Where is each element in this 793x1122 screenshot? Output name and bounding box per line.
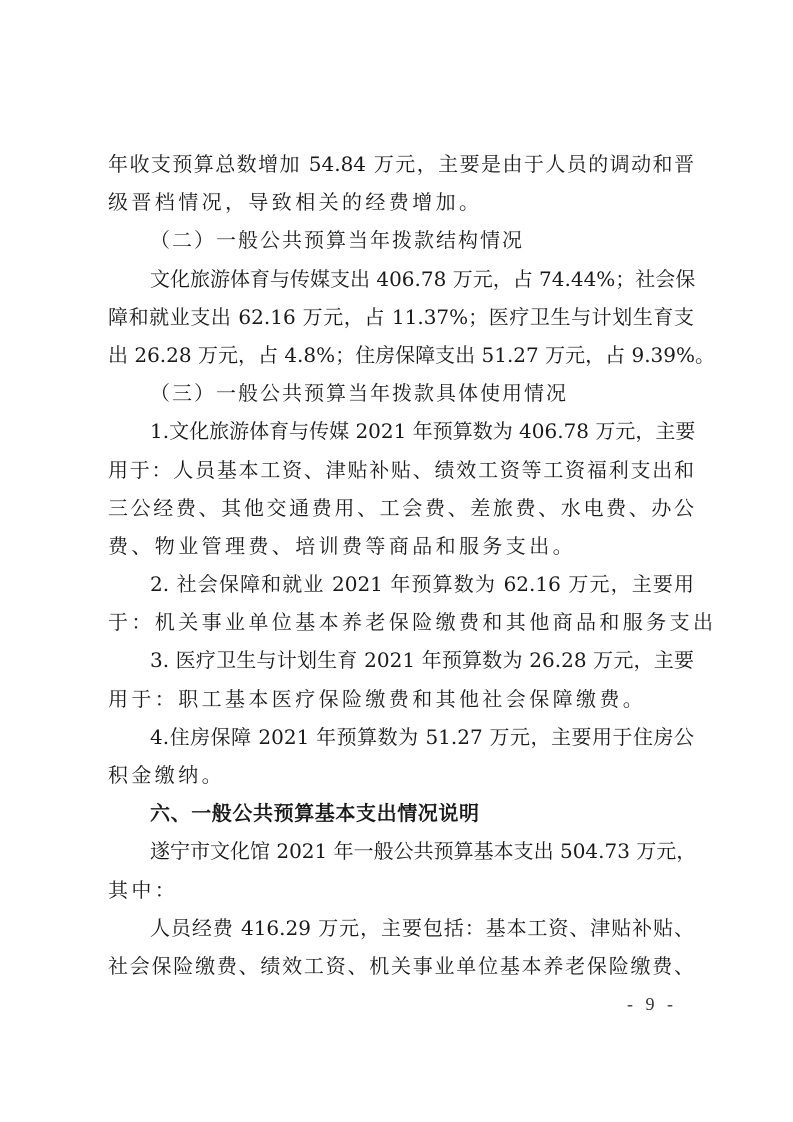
section-subheading-2: （二）一般公共预算当年拨款结构情况 xyxy=(108,221,694,259)
text-line: 文化旅游体育与传媒支出 406.78 万元，占 74.44%；社会保 xyxy=(108,260,694,298)
document-body: 年收支预算总数增加 54.84 万元，主要是由于人员的调动和晋 级晋档情况，导致… xyxy=(108,145,694,985)
text-line: 年收支预算总数增加 54.84 万元，主要是由于人员的调动和晋 xyxy=(108,145,694,183)
text-line: 其中： xyxy=(108,871,694,909)
text-line: 社会保险缴费、绩效工资、机关事业单位基本养老保险缴费、 xyxy=(108,947,694,985)
text-line: 三公经费、其他交通费用、工会费、差旅费、水电费、办公 xyxy=(108,489,694,527)
page-number: - 9 - xyxy=(627,994,677,1015)
text-line: 出 26.28 万元，占 4.8%；住房保障支出 51.27 万元，占 9.39… xyxy=(108,336,694,374)
text-line: 积金缴纳。 xyxy=(108,756,694,794)
text-line: 4.住房保障 2021 年预算数为 51.27 万元，主要用于住房公 xyxy=(108,718,694,756)
text-line: 3. 医疗卫生与计划生育 2021 年预算数为 26.28 万元，主要 xyxy=(108,641,694,679)
text-line: 1.文化旅游体育与传媒 2021 年预算数为 406.78 万元，主要 xyxy=(108,412,694,450)
text-line: 用于：职工基本医疗保险缴费和其他社会保障缴费。 xyxy=(108,680,694,718)
text-line: 于：机关事业单位基本养老保险缴费和其他商品和服务支出 xyxy=(108,603,694,641)
text-line: 费、物业管理费、培训费等商品和服务支出。 xyxy=(108,527,694,565)
section-subheading-3: （三）一般公共预算当年拨款具体使用情况 xyxy=(108,374,694,412)
text-line: 人员经费 416.29 万元，主要包括：基本工资、津贴补贴、 xyxy=(108,909,694,947)
text-line: 2. 社会保障和就业 2021 年预算数为 62.16 万元，主要用 xyxy=(108,565,694,603)
section-heading-6: 六、一般公共预算基本支出情况说明 xyxy=(108,794,694,832)
text-line: 遂宁市文化馆 2021 年一般公共预算基本支出 504.73 万元， xyxy=(108,832,694,870)
text-line: 用于：人员基本工资、津贴补贴、绩效工资等工资福利支出和 xyxy=(108,451,694,489)
text-line: 级晋档情况，导致相关的经费增加。 xyxy=(108,183,694,221)
text-line: 障和就业支出 62.16 万元，占 11.37%；医疗卫生与计划生育支 xyxy=(108,298,694,336)
